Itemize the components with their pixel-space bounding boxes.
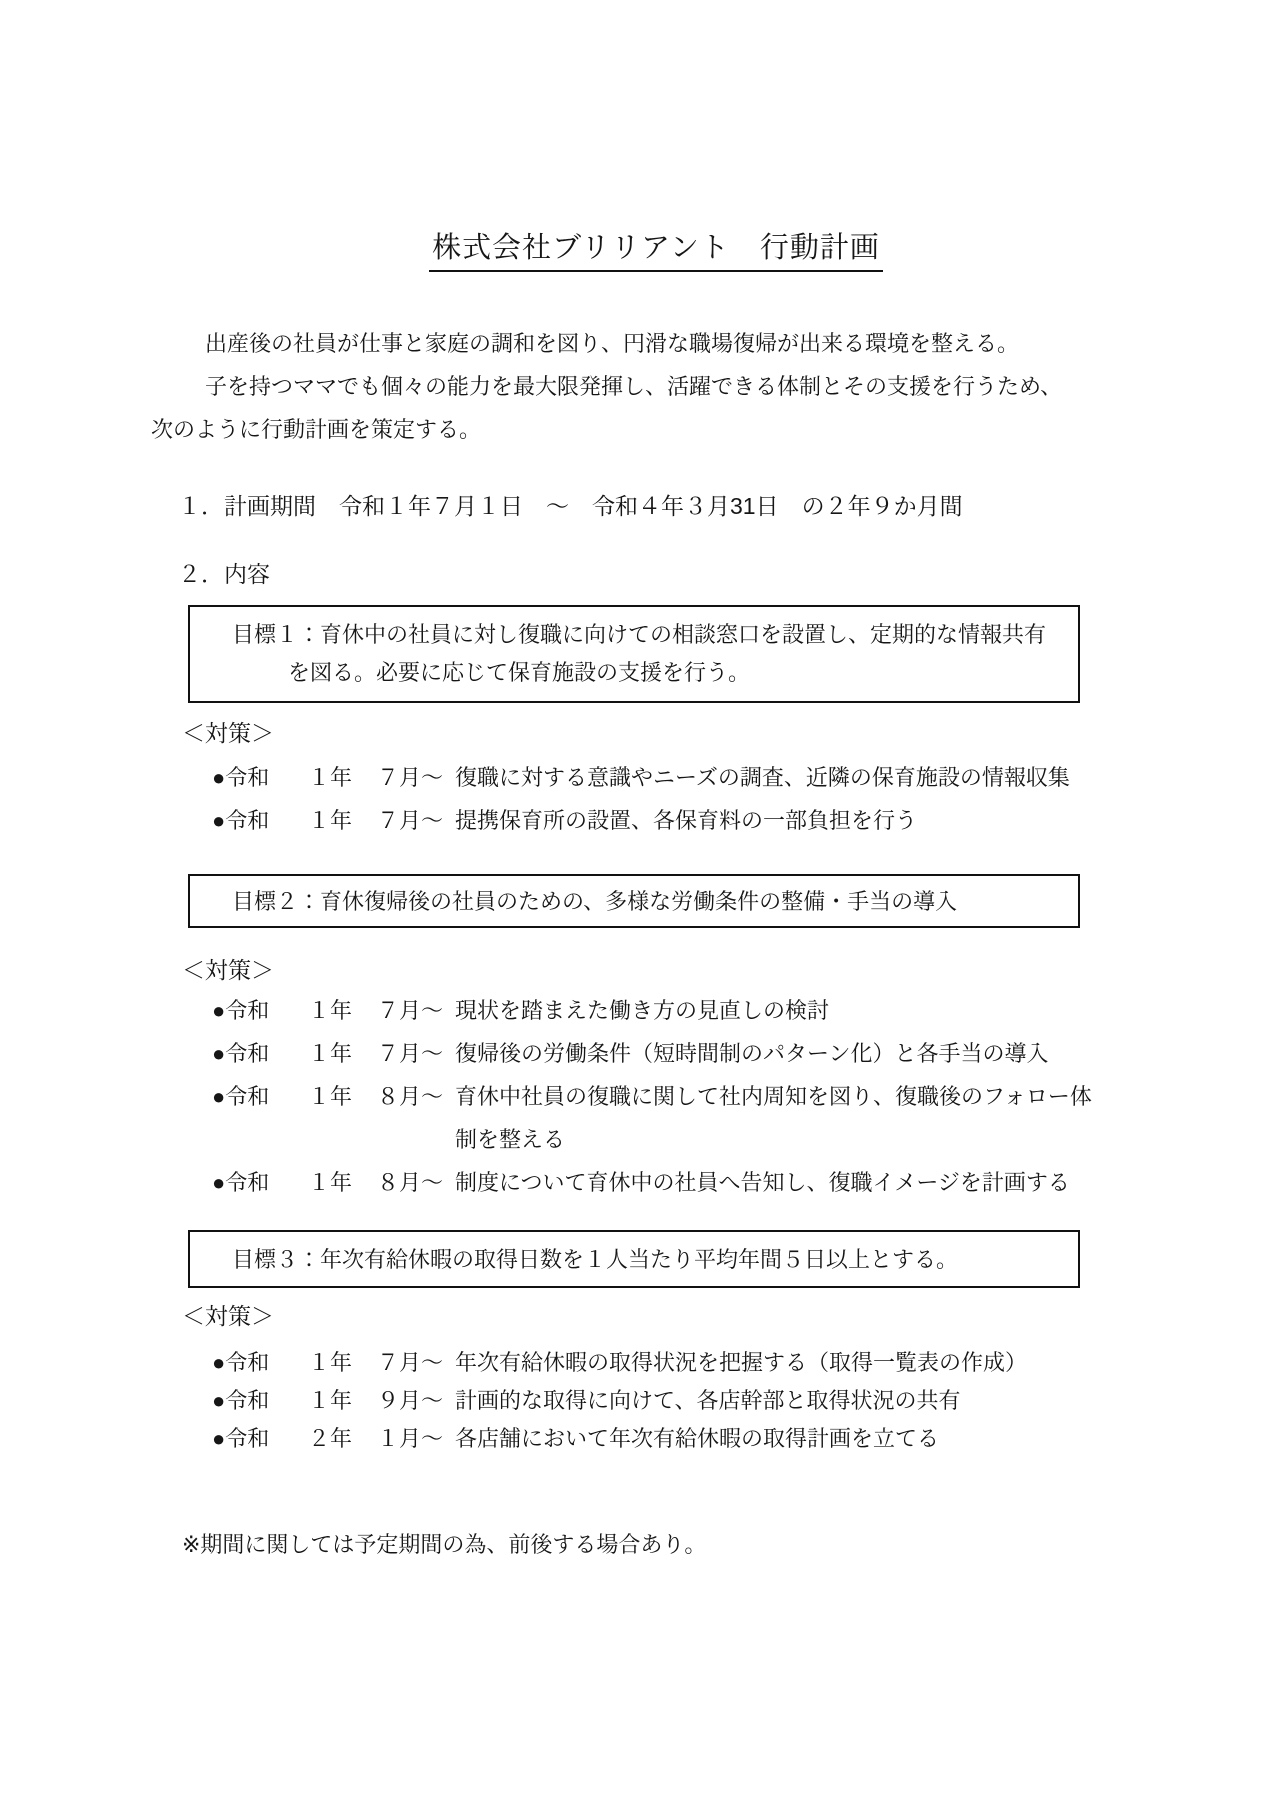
footnote-note: ※期間に関しては予定期間の為、前後する場合あり。 xyxy=(182,1531,706,1558)
document-page: { "page": { "background": "#ffffff", "te… xyxy=(0,0,1280,1810)
countermeasure-item: ●令和 １年 ７月～ 提携保育所の設置、各保育料の一部負担を行う xyxy=(212,799,1103,842)
era-label: 令和 xyxy=(225,1350,269,1375)
year-label: １年 xyxy=(308,1161,377,1204)
document-title: 株式会社ブリリアント 行動計画 xyxy=(429,231,883,272)
month-label: １月～ xyxy=(377,1417,455,1460)
bullet-icon: ● xyxy=(212,1170,225,1195)
bullet-icon: ● xyxy=(212,1041,225,1066)
countermeasure-item: ●令和 １年 ８月～ 育休中社員の復職に関して社内周知を図り、復職後のフォロー体… xyxy=(212,1075,1103,1161)
year-label: １年 xyxy=(308,799,377,842)
era-label: 令和 xyxy=(225,998,269,1023)
month-label: ７月～ xyxy=(377,1032,455,1075)
era-label: 令和 xyxy=(225,808,269,833)
countermeasure-item: ●令和 １年 ７月～ 現状を踏まえた働き方の見直しの検討 xyxy=(212,989,1103,1032)
countermeasure-item: ●令和 ２年 １月～ 各店舗において年次有給休暇の取得計画を立てる xyxy=(212,1417,1103,1460)
goal-1-text-line-1: 目標１：育休中の社員に対し復職に向けての相談窓口を設置し、定期的な情報共有 xyxy=(232,616,1078,654)
year-label: １年 xyxy=(308,1032,377,1075)
year-label: １年 xyxy=(308,756,377,799)
era-label: 令和 xyxy=(225,1388,269,1413)
countermeasure-text: 年次有給休暇の取得状況を把握する（取得一覧表の作成） xyxy=(455,1341,1103,1384)
month-label: ７月～ xyxy=(377,1341,455,1384)
year-label: ２年 xyxy=(308,1417,377,1460)
intro-line-1: 出産後の社員が仕事と家庭の調和を図り、円滑な職場復帰が出来る環境を整える。 xyxy=(205,330,1019,357)
month-label: ８月～ xyxy=(377,1161,455,1204)
countermeasure-text: 現状を踏まえた働き方の見直しの検討 xyxy=(455,989,1103,1032)
intro-line-2: 子を持つママでも個々の能力を最大限発揮し、活躍できる体制とその支援を行うため、 xyxy=(205,373,1062,400)
countermeasures-label-2: ＜対策＞ xyxy=(182,956,274,984)
year-label: １年 xyxy=(308,1379,377,1422)
year-label: １年 xyxy=(308,989,377,1032)
countermeasure-text: 各店舗において年次有給休暇の取得計画を立てる xyxy=(455,1417,1103,1460)
goal-1-text-line-2: を図る。必要に応じて保育施設の支援を行う。 xyxy=(232,654,1078,692)
bullet-icon: ● xyxy=(212,998,225,1023)
countermeasures-label-3: ＜対策＞ xyxy=(182,1302,274,1330)
goal-box-2: 目標２：育休復帰後の社員のための、多様な労働条件の整備・手当の導入 xyxy=(188,874,1080,928)
month-label: ７月～ xyxy=(377,989,455,1032)
countermeasure-text: 制度について育休中の社員へ告知し、復職イメージを計画する xyxy=(455,1161,1103,1204)
month-label: ７月～ xyxy=(377,756,455,799)
era-label: 令和 xyxy=(225,1041,269,1066)
countermeasure-item: ●令和 １年 ９月～ 計画的な取得に向けて、各店幹部と取得状況の共有 xyxy=(212,1379,1103,1422)
era-label: 令和 xyxy=(225,1084,269,1109)
era-label: 令和 xyxy=(225,1170,269,1195)
year-label: １年 xyxy=(308,1075,377,1118)
countermeasure-item: ●令和 １年 ７月～ 復帰後の労働条件（短時間制のパターン化）と各手当の導入 xyxy=(212,1032,1103,1075)
goal-box-1: 目標１：育休中の社員に対し復職に向けての相談窓口を設置し、定期的な情報共有 を図… xyxy=(188,605,1080,703)
bullet-icon: ● xyxy=(212,808,225,833)
countermeasure-item: ●令和 １年 ８月～ 制度について育休中の社員へ告知し、復職イメージを計画する xyxy=(212,1161,1103,1204)
countermeasure-text: 復帰後の労働条件（短時間制のパターン化）と各手当の導入 xyxy=(455,1032,1103,1075)
bullet-icon: ● xyxy=(212,1426,225,1451)
intro-line-3: 次のように行動計画を策定する。 xyxy=(151,416,481,443)
plan-period-line: １．計画期間 令和１年７月１日 ～ 令和４年３月31日 の２年９か月間 xyxy=(178,492,963,520)
bullet-icon: ● xyxy=(212,1350,225,1375)
bullet-icon: ● xyxy=(212,1388,225,1413)
era-label: 令和 xyxy=(225,765,269,790)
bullet-icon: ● xyxy=(212,765,225,790)
document-header: 株式会社ブリリアント 行動計画 xyxy=(30,231,1280,272)
countermeasure-item: ●令和 １年 ７月～ 復職に対する意識やニーズの調査、近隣の保育施設の情報収集 xyxy=(212,756,1103,799)
countermeasure-text: 提携保育所の設置、各保育料の一部負担を行う xyxy=(455,799,1103,842)
countermeasure-item: ●令和 １年 ７月～ 年次有給休暇の取得状況を把握する（取得一覧表の作成） xyxy=(212,1341,1103,1384)
countermeasure-text: 復職に対する意識やニーズの調査、近隣の保育施設の情報収集 xyxy=(455,756,1103,799)
goal-3-text-line-1: 目標３：年次有給休暇の取得日数を１人当たり平均年間５日以上とする。 xyxy=(232,1245,1078,1275)
month-label: ７月～ xyxy=(377,799,455,842)
month-label: ９月～ xyxy=(377,1379,455,1422)
goal-2-text-line-1: 目標２：育休復帰後の社員のための、多様な労働条件の整備・手当の導入 xyxy=(232,887,1078,917)
era-label: 令和 xyxy=(225,1426,269,1451)
content-heading: ２．内容 xyxy=(178,560,270,588)
year-label: １年 xyxy=(308,1341,377,1384)
month-label: ８月～ xyxy=(377,1075,455,1118)
bullet-icon: ● xyxy=(212,1084,225,1109)
countermeasure-text: 育休中社員の復職に関して社内周知を図り、復職後のフォロー体制を整える xyxy=(455,1075,1103,1161)
goal-box-3: 目標３：年次有給休暇の取得日数を１人当たり平均年間５日以上とする。 xyxy=(188,1230,1080,1288)
countermeasures-label-1: ＜対策＞ xyxy=(182,719,274,747)
countermeasure-text: 計画的な取得に向けて、各店幹部と取得状況の共有 xyxy=(455,1379,1103,1422)
